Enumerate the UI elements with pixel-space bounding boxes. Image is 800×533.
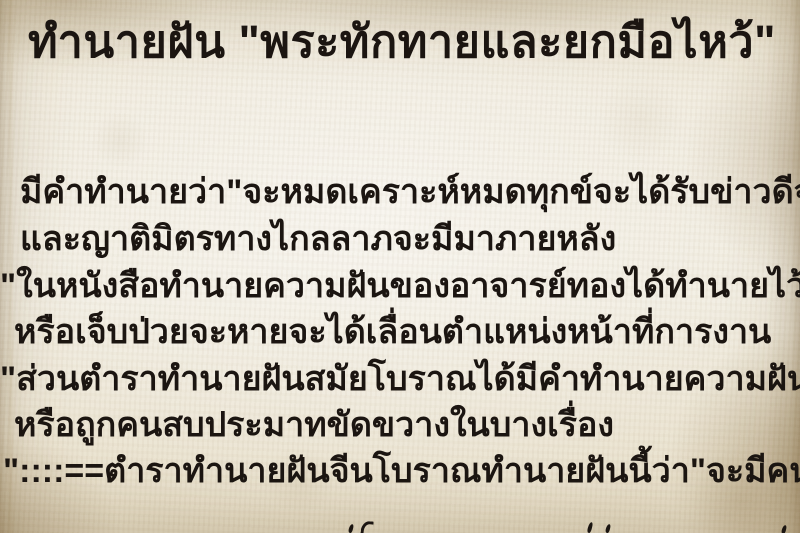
page-title: ทำนายฝัน "พระทักทายและยกมือไหว้" bbox=[28, 8, 776, 76]
clipped-glyph-fragment bbox=[348, 524, 354, 533]
clipped-glyph-fragment bbox=[587, 522, 594, 533]
body-line: หรือเจ็บป่วยจะหายจะได้เลื่อนตำแหน่งหน้าท… bbox=[14, 308, 771, 356]
body-line-right-truncated: "ในหนังสือทำนายความฝันของอาจารย์ทองได้ทำ… bbox=[0, 262, 800, 310]
body-line: "::::==ตำราทำนายฝันจีนโบราณทำนายฝันนี้ว่… bbox=[3, 447, 800, 495]
body-line-right-truncated: "ส่วนตำราทำนายฝันสมัยโบราณได้มีคำทำนายคว… bbox=[0, 355, 800, 403]
clipped-glyph-fragment bbox=[360, 520, 374, 533]
clipped-glyph-fragment bbox=[781, 525, 787, 533]
clipped-glyph-fragment bbox=[605, 524, 611, 533]
body-line: หรือถูกคนสบประมาทขัดขวางในบางเรื่อง bbox=[14, 401, 614, 449]
body-line: และญาติมิตรทางไกลลาภจะมีมาภายหลัง bbox=[20, 215, 616, 263]
body-line: มีคำทำนายว่า"จะหมดเคราะห์หมดทุกข์จะได้รั… bbox=[20, 168, 800, 216]
aged-paper-page: ทำนายฝัน "พระทักทายและยกมือไหว้" มีคำทำน… bbox=[0, 0, 800, 533]
